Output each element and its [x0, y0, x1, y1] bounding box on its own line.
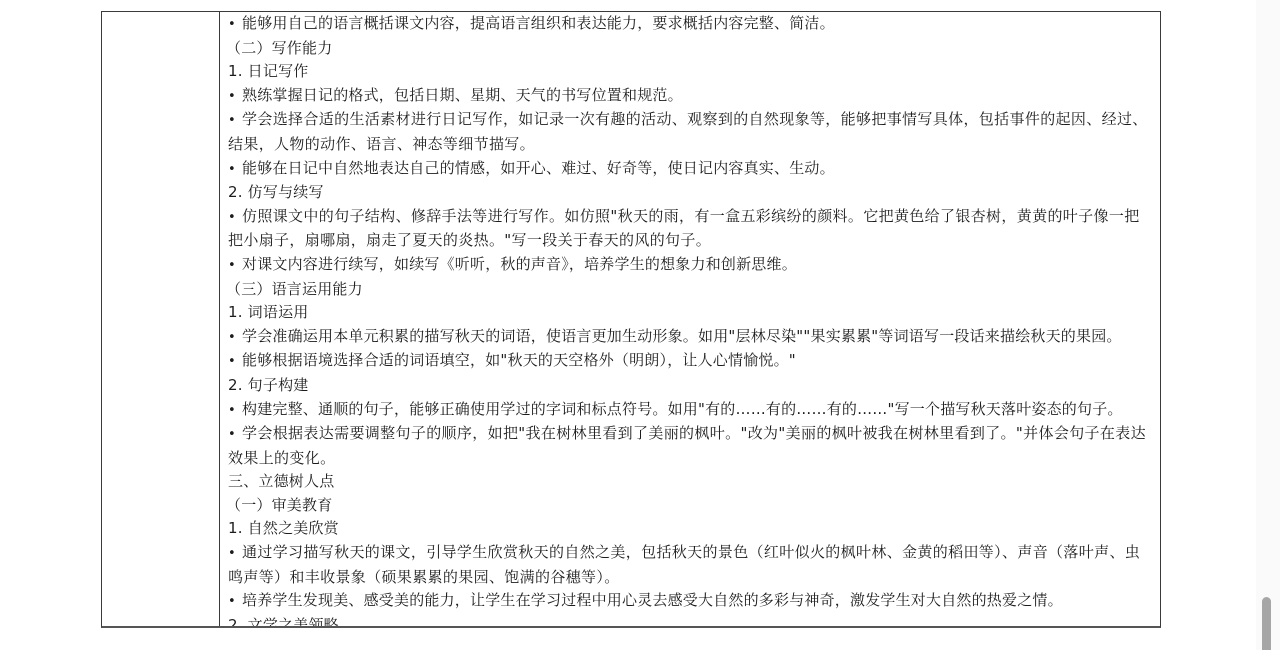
subheading-language-use: （三）语言运用能力: [226, 278, 1154, 302]
lesson-plan-table: 能够用自己的语言概括课文内容，提高语言组织和表达能力，要求概括内容完整、简洁。 …: [101, 11, 1161, 628]
vertical-scrollbar-thumb[interactable]: [1262, 597, 1271, 650]
table-content-cell: 能够用自己的语言概括课文内容，提高语言组织和表达能力，要求概括内容完整、简洁。 …: [220, 12, 1160, 626]
bullet-sentence-order: 学会根据表达需要调整句子的顺序，如把"我在树林里看到了美丽的枫叶。"改为"美丽的…: [228, 422, 1154, 470]
item-diary-writing: 1. 日记写作: [228, 60, 1154, 84]
item-word-use: 1. 词语运用: [228, 301, 1154, 325]
bullet-autumn-words: 学会准确运用本单元积累的描写秋天的词语，使语言更加生动形象。如用"层林尽染""果…: [228, 325, 1154, 350]
subheading-aesthetic-education: （一）审美教育: [226, 494, 1154, 518]
bullet-summary-ability: 能够用自己的语言概括课文内容，提高语言组织和表达能力，要求概括内容完整、简洁。: [228, 12, 1154, 37]
page-margin-strip: [1256, 0, 1280, 650]
bullet-autumn-appreciation: 通过学习描写秋天的课文，引导学生欣赏秋天的自然之美，包括秋天的景色（红叶似火的枫…: [228, 541, 1154, 589]
bullet-imitation-writing: 仿照课文中的句子结构、修辞手法等进行写作。如仿照"秋天的雨，有一盒五彩缤纷的颜料…: [228, 205, 1154, 253]
item-sentence-building: 2. 句子构建: [228, 374, 1154, 398]
item-literary-beauty: 2. 文学之美领略: [228, 614, 1154, 626]
heading-moral-education: 三、立德树人点: [228, 470, 1154, 494]
item-nature-beauty: 1. 自然之美欣赏: [228, 517, 1154, 541]
bullet-complete-sentences: 构建完整、通顺的句子，能够正确使用学过的字词和标点符号。如用"有的……有的……有…: [228, 398, 1154, 423]
bullet-continuation-writing: 对课文内容进行续写，如续写《听听，秋的声音》，培养学生的想象力和创新思维。: [228, 253, 1154, 278]
bullet-diary-material: 学会选择合适的生活素材进行日记写作，如记录一次有趣的活动、观察到的自然现象等，能…: [228, 108, 1154, 156]
bullet-diary-emotion: 能够在日记中自然地表达自己的情感，如开心、难过、好奇等，使日记内容真实、生动。: [228, 157, 1154, 182]
bullet-diary-format: 熟练掌握日记的格式，包括日期、星期、天气的书写位置和规范。: [228, 84, 1154, 109]
bullet-fill-in-words: 能够根据语境选择合适的词语填空，如"秋天的天空格外（明朗），让人心情愉悦。": [228, 349, 1154, 374]
bullet-discover-beauty: 培养学生发现美、感受美的能力，让学生在学习过程中用心灵去感受大自然的多彩与神奇，…: [228, 589, 1154, 614]
table-label-cell: [102, 12, 220, 626]
subheading-writing-ability: （二）写作能力: [226, 37, 1154, 61]
item-imitation-continuation: 2. 仿写与续写: [228, 181, 1154, 205]
